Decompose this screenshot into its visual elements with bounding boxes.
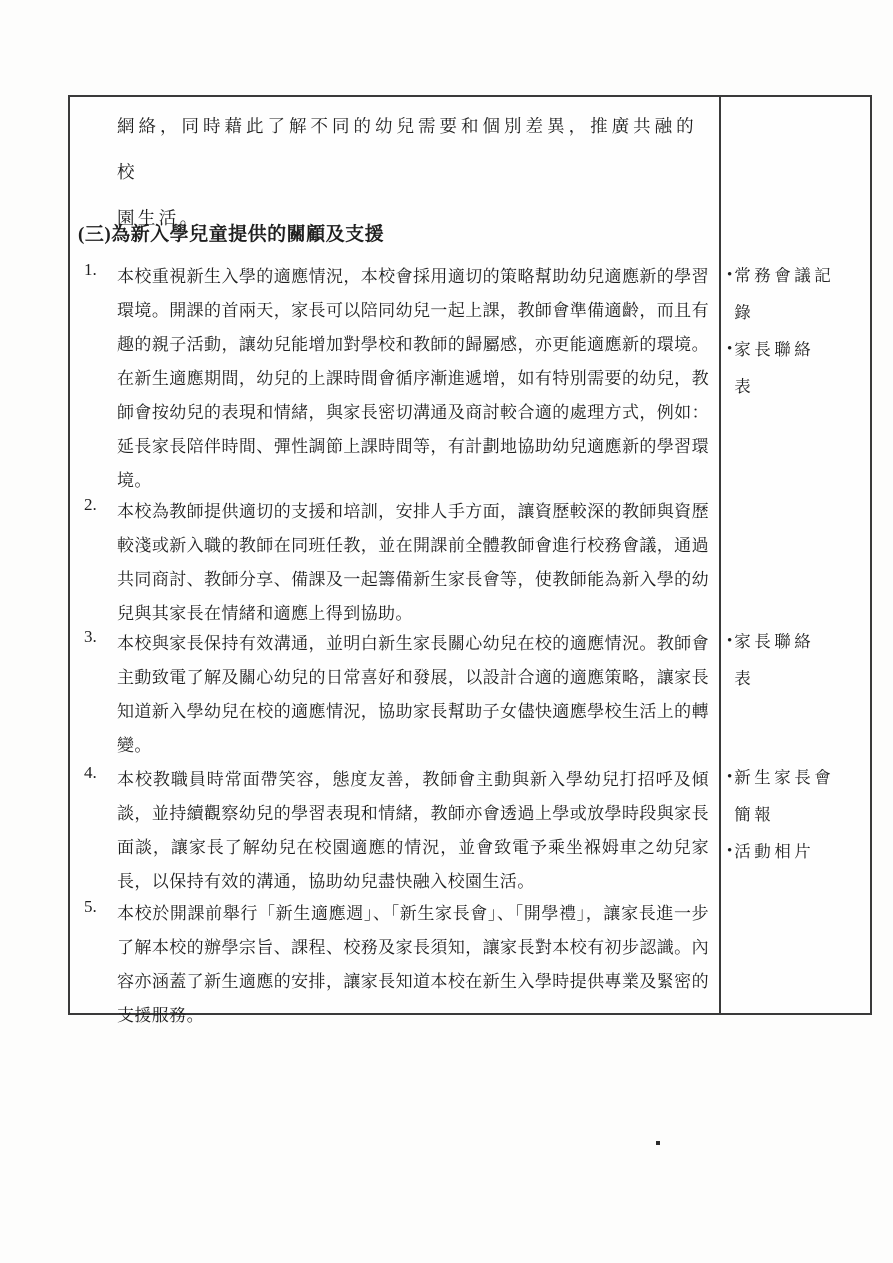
item-number: 2. [84,495,97,515]
evidence-group-3: • 新生家長會 簡報 • 活動相片 [727,759,868,870]
numbered-item-3: 3. 本校與家長保持有效溝通，並明白新生家長關心幼兒在校的適應情況。教師會主動致… [70,627,719,763]
evidence-item: • 新生家長會 簡報 [727,759,868,833]
evidence-label: 常務會議記 錄 [734,257,868,331]
item-text: 本校教職員時常面帶笑容，態度友善，教師會主動與新入學幼兒打招呼及傾談，並持續觀察… [117,763,709,899]
evidence-item: • 活動相片 [727,833,868,870]
item-number: 3. [84,627,97,647]
scan-artifact-dot [656,1141,660,1145]
main-content-cell: 網絡，同時藉此了解不同的幼兒需要和個別差異，推廣共融的校 園生活。 (三)為新入… [70,97,719,1013]
item-number: 1. [84,260,97,280]
scanned-document-page: 網絡，同時藉此了解不同的幼兒需要和個別差異，推廣共融的校 園生活。 (三)為新入… [0,0,893,1263]
evidence-group-2: • 家長聯絡 表 [727,623,868,697]
numbered-item-4: 4. 本校教職員時常面帶笑容，態度友善，教師會主動與新入學幼兒打招呼及傾談，並持… [70,763,719,899]
evidence-item: • 家長聯絡 表 [727,331,868,405]
evidence-column-cell: • 常務會議記 錄 • 家長聯絡 表 • 家長聯絡 表 • 新生家長會 簡報 [719,97,870,1013]
document-table: 網絡，同時藉此了解不同的幼兒需要和個別差異，推廣共融的校 園生活。 (三)為新入… [68,95,872,1015]
numbered-item-5: 5. 本校於開課前舉行「新生適應週」、「新生家長會」、「開學禮」，讓家長進一步了… [70,897,719,1033]
evidence-label: 家長聯絡 表 [734,623,868,697]
bullet-icon: • [727,257,732,294]
evidence-item: • 常務會議記 錄 [727,257,868,331]
item-text: 本校與家長保持有效溝通，並明白新生家長關心幼兒在校的適應情況。教師會主動致電了解… [117,627,709,763]
numbered-item-2: 2. 本校為教師提供適切的支援和培訓，安排人手方面，讓資歷較深的教師與資歷較淺或… [70,495,719,631]
bullet-icon: • [727,833,732,870]
item-text: 本校於開課前舉行「新生適應週」、「新生家長會」、「開學禮」，讓家長進一步了解本校… [117,897,709,1033]
item-number: 4. [84,763,97,783]
item-text: 本校為教師提供適切的支援和培訓，安排人手方面，讓資歷較深的教師與資歷較淺或新入職… [117,495,709,631]
section-heading: (三)為新入學兒童提供的關顧及支援 [78,219,709,246]
evidence-label: 新生家長會 簡報 [734,759,868,833]
bullet-icon: • [727,623,732,660]
item-number: 5. [84,897,97,917]
bullet-icon: • [727,331,732,368]
evidence-group-1: • 常務會議記 錄 • 家長聯絡 表 [727,257,868,405]
numbered-item-1: 1. 本校重視新生入學的適應情況，本校會採用適切的策略幫助幼兒適應新的學習環境。… [70,260,719,498]
evidence-item: • 家長聯絡 表 [727,623,868,697]
evidence-label: 家長聯絡 表 [734,331,868,405]
item-text: 本校重視新生入學的適應情況，本校會採用適切的策略幫助幼兒適應新的學習環境。開課的… [117,260,709,498]
bullet-icon: • [727,759,732,796]
evidence-label: 活動相片 [734,833,868,870]
